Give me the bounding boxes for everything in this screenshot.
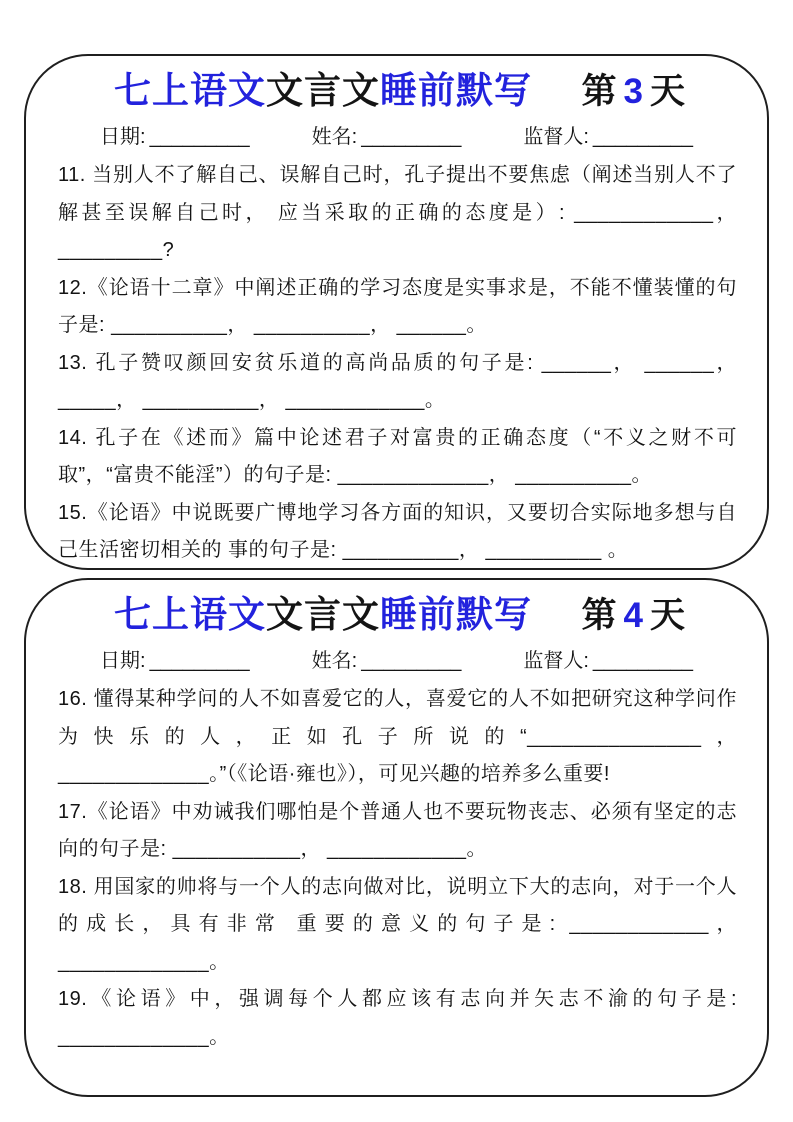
title-topic: 文言文	[266, 594, 380, 635]
supervisor-field: 监督人:_________	[523, 124, 693, 150]
worksheet-card-day3: 七上语文文言文睡前默写 第3天 日期:_________ 姓名:________…	[24, 54, 769, 570]
day-suffix: 天	[650, 596, 685, 635]
name-field: 姓名:_________	[312, 124, 462, 150]
name-label: 姓名:	[312, 126, 358, 148]
question-17: 17.《论语》中劝诫我们哪怕是个普通人也不要玩物丧志、必须有坚定的志向的句子是:…	[58, 794, 737, 869]
card-header: 七上语文文言文睡前默写 第3天	[58, 66, 737, 115]
questions-list-day3: 11. 当别人不了解自己、误解自己时，孔子提出不要焦虑（阐述当别人不了解甚至误解…	[58, 157, 737, 570]
day-label: 第3天	[582, 69, 686, 115]
worksheet-page: 七上语文文言文睡前默写 第3天 日期:_________ 姓名:________…	[0, 0, 793, 1122]
title-activity: 睡前默写	[380, 594, 532, 635]
card-title: 七上语文文言文睡前默写	[114, 68, 532, 114]
date-field: 日期:_________	[100, 124, 250, 150]
question-18: 18. 用国家的帅将与一个人的志向做对比，说明立下大的志向，对于一个人的成长，具…	[58, 869, 737, 982]
question-14: 14. 孔子在《述而》篇中论述君子对富贵的正确态度（“不义之财不可取”，“富贵不…	[58, 420, 737, 495]
question-13: 13. 孔子赞叹颜回安贫乐道的高尚品质的句子是: ______， ______，…	[58, 345, 737, 420]
title-course: 七上语文	[114, 70, 266, 111]
question-15: 15.《论语》中说既要广博地学习各方面的知识，又要切合实际地多想与自己生活密切相…	[58, 495, 737, 570]
card-title: 七上语文文言文睡前默写	[114, 592, 532, 638]
date-field: 日期:_________	[100, 648, 250, 674]
fields-row: 日期:_________ 姓名:_________ 监督人:_________	[58, 124, 737, 150]
title-course: 七上语文	[114, 594, 266, 635]
supervisor-label: 监督人:	[523, 126, 589, 148]
name-field: 姓名:_________	[312, 648, 462, 674]
day-number: 3	[617, 72, 650, 111]
fields-row: 日期:_________ 姓名:_________ 监督人:_________	[58, 648, 737, 674]
day-suffix: 天	[650, 72, 685, 111]
day-number: 4	[617, 596, 650, 635]
title-activity: 睡前默写	[380, 70, 532, 111]
questions-list-day4: 16. 懂得某种学问的人不如喜爱它的人，喜爱它的人不如把研究这种学问作为快乐的人…	[58, 681, 737, 1056]
date-blank-line: _________	[150, 126, 250, 148]
day-prefix: 第	[582, 596, 617, 635]
supervisor-blank-line: _________	[593, 126, 693, 148]
date-label: 日期:	[100, 126, 146, 148]
supervisor-label: 监督人:	[523, 650, 589, 672]
date-label: 日期:	[100, 650, 146, 672]
card-header: 七上语文文言文睡前默写 第4天	[58, 590, 737, 639]
name-label: 姓名:	[312, 650, 358, 672]
question-16: 16. 懂得某种学问的人不如喜爱它的人，喜爱它的人不如把研究这种学问作为快乐的人…	[58, 681, 737, 794]
supervisor-field: 监督人:_________	[523, 648, 693, 674]
question-12: 12.《论语十二章》中阐述正确的学习态度是实事求是，不能不懂装懂的句子是: __…	[58, 270, 737, 345]
title-topic: 文言文	[266, 70, 380, 111]
name-blank-line: _________	[361, 650, 461, 672]
supervisor-blank-line: _________	[593, 650, 693, 672]
day-prefix: 第	[582, 72, 617, 111]
name-blank-line: _________	[361, 126, 461, 148]
question-11: 11. 当别人不了解自己、误解自己时，孔子提出不要焦虑（阐述当别人不了解甚至误解…	[58, 157, 737, 270]
worksheet-card-day4: 七上语文文言文睡前默写 第4天 日期:_________ 姓名:________…	[24, 578, 769, 1097]
day-label: 第4天	[582, 593, 686, 639]
date-blank-line: _________	[150, 650, 250, 672]
question-19: 19.《论语》中，强调每个人都应该有志向并矢志不渝的句子是: _________…	[58, 981, 737, 1056]
